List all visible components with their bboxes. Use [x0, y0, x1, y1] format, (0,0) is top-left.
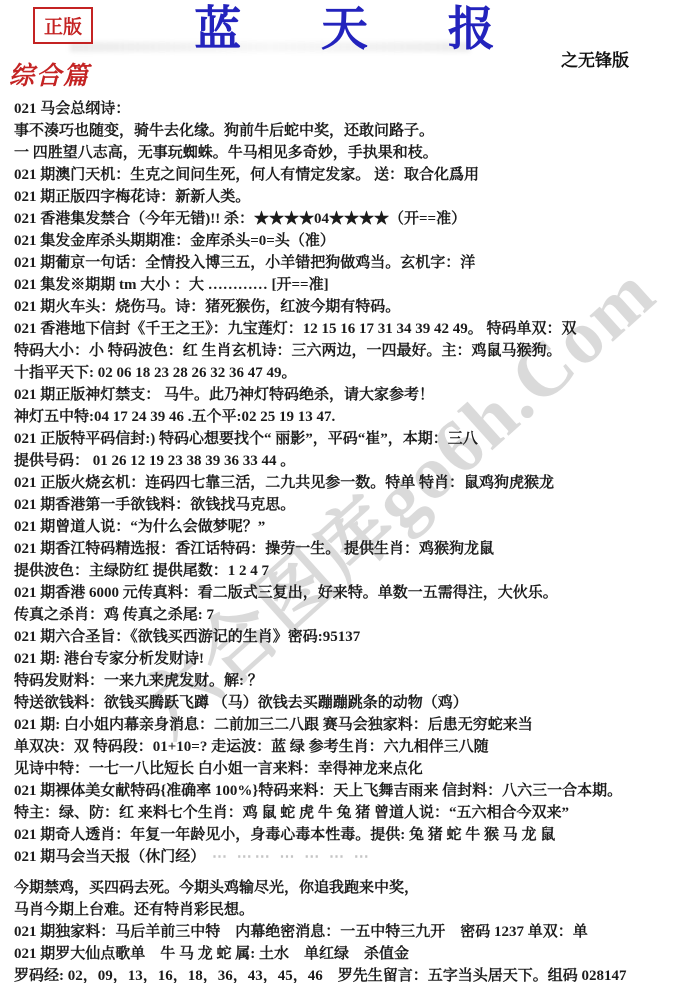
report-line: 021 正版特平码信封:) 特码心想要找个“ 丽影”，平码“崔”，本期：三八: [14, 428, 686, 450]
report-line: 021 香港地下信封《千王之王》：九宝莲灯：12 15 16 17 31 34 …: [14, 318, 686, 340]
report-line: 提供号码： 01 26 12 19 23 38 39 36 33 44 。: [14, 450, 686, 472]
report-line: 特码大小：小 特码波色：红 生肖玄机诗：三六两边，一四最好。主：鸡鼠马猴狗。: [14, 340, 686, 362]
report-line: 021 正版火烧玄机：连码四七靠三活，二九共见参一数。特单 特肖：鼠鸡狗虎猴龙: [14, 472, 686, 494]
report-line: 021 期香港第一手欲钱料：欲钱找马克思。: [14, 494, 686, 516]
report-line: 021 期罗大仙点歌单 牛 马 龙 蛇 属: 土水 单红绿 杀值金: [14, 943, 686, 965]
report-line: 021 期香港 6000 元传真料：看二版式三复出，好来特。单数一五需得注，大伙…: [14, 582, 686, 604]
report-line: 事不湊巧也随变，骑牛去化缘。狗前牛后蛇中奖，还敢问路子。: [14, 120, 686, 142]
report-line: 今期禁鸡，买四码去死。今期头鸡输尽光，你追我跑来中奖，: [14, 877, 686, 899]
report-line: 特送欲钱料：欲钱买腾跃飞蹲 （马）欲钱去买蹦蹦跳条的动物（鸡）: [14, 692, 686, 714]
report-line: 021 期正版四字梅花诗：新新人类。: [14, 186, 686, 208]
report-body: 021 马会总纲诗：事不湊巧也随变，骑牛去化缘。狗前牛后蛇中奖，还敢问路子。一 …: [14, 98, 686, 983]
report-line: 021 期马会当天报（休门经） ⋯ ⋯⋯ ⋯ ⋯ ⋯ ⋯: [14, 846, 686, 868]
report-line: 021 期: 港台专家分析发财诗!: [14, 648, 686, 670]
newspaper-page: 六合图库go6h.Com 正版 蓝 天 报 之无锋版 综合篇 021 马会总纲诗…: [0, 0, 689, 983]
report-line: 021 香港集发禁合（今年无错)!! 杀：★★★★04★★★★（开==准）: [14, 208, 686, 230]
edition-label: 之无锋版: [561, 46, 629, 71]
report-line: 021 期正版神灯禁支： 马牛。此乃神灯特码绝杀，请大家参考！: [14, 384, 686, 406]
report-line: 传真之杀肖：鸡 传真之杀尾: 7: [14, 604, 686, 626]
report-line: 神灯五中特:04 17 24 39 46 .五个平:02 25 19 13 47…: [14, 406, 686, 428]
authentic-badge: 正版: [33, 7, 93, 44]
report-line: 021 期香江特码精选报：香江话特码：操劳一生。 提供生肖：鸡猴狗龙鼠: [14, 538, 686, 560]
report-line: 见诗中特：一七一八比短长 白小姐一言来料：幸得神龙来点化: [14, 758, 686, 780]
report-line: 021 期: 白小姐内幕亲身消息：二前加三二八跟 赛马会独家料：后患无穷蛇来当: [14, 714, 686, 736]
report-line: 021 期葡京一句话：全情投入博三五，小羊错把狗做鸡当。玄机字：洋: [14, 252, 686, 274]
report-line: 提供波色：主绿防红 提供尾数：1 2 4 7: [14, 560, 686, 582]
report-line: 021 集发※期期 tm 大小 ：大 ………… [开==准]: [14, 274, 686, 296]
report-line: 021 马会总纲诗：: [14, 98, 686, 120]
report-line: 021 期澳门天机：生克之间问生死，何人有情定发家。 送：取合化爲用: [14, 164, 686, 186]
report-line: 单双决：双 特码段：01+10=? 走运波：蓝 绿 参考生肖：六九相伴三八随: [14, 736, 686, 758]
report-line: 特主：绿、防：红 来料七个生肖：鸡 鼠 蛇 虎 牛 兔 猪 曾道人说：“五六相合…: [14, 802, 686, 824]
report-line: 马肖今期上台难。还有特肖彩民想。: [14, 899, 686, 921]
faded-marks: ⋯ ⋯⋯ ⋯ ⋯ ⋯ ⋯: [205, 849, 372, 865]
report-line: 021 期曾道人说：“为什么会做梦呢？”: [14, 516, 686, 538]
report-line: 021 期独家料：马后羊前三中特 内幕绝密消息：一五中特三九开 密码 1237 …: [14, 921, 686, 943]
report-line: 021 期六合圣旨：《欲钱买西游记的生肖》密码:95137: [14, 626, 686, 648]
report-line: 021 集发金库杀头期期准：金库杀头=0=头（准）: [14, 230, 686, 252]
report-line: 特码发财料：一来九来虎发财。解: ？: [14, 670, 686, 692]
section-title: 综合篇: [9, 56, 90, 92]
report-line: 021 期火车头：烧伤马。诗：猪死猴伤，红波今期有特码。: [14, 296, 686, 318]
report-line: 十指平天下: 02 06 18 23 28 26 32 36 47 49。: [14, 362, 686, 384]
report-line: 021 期奇人透肖：年复一年龄见小，身毒心毒本性毒。提供: 兔 猪 蛇 牛 猴 …: [14, 824, 686, 846]
report-line: 一 四胜望八志高，无事玩蜘蛛。牛马相见多奇妙，手执果和枝。: [14, 142, 686, 164]
report-line: 罗码经: 02，09，13，16，18，36，43，45，46 罗先生留言：五字…: [14, 965, 686, 983]
report-line: 021 期裸体美女献特码{准确率 100%}特码来料：天上飞舞吉雨来 信封料：八…: [14, 780, 686, 802]
